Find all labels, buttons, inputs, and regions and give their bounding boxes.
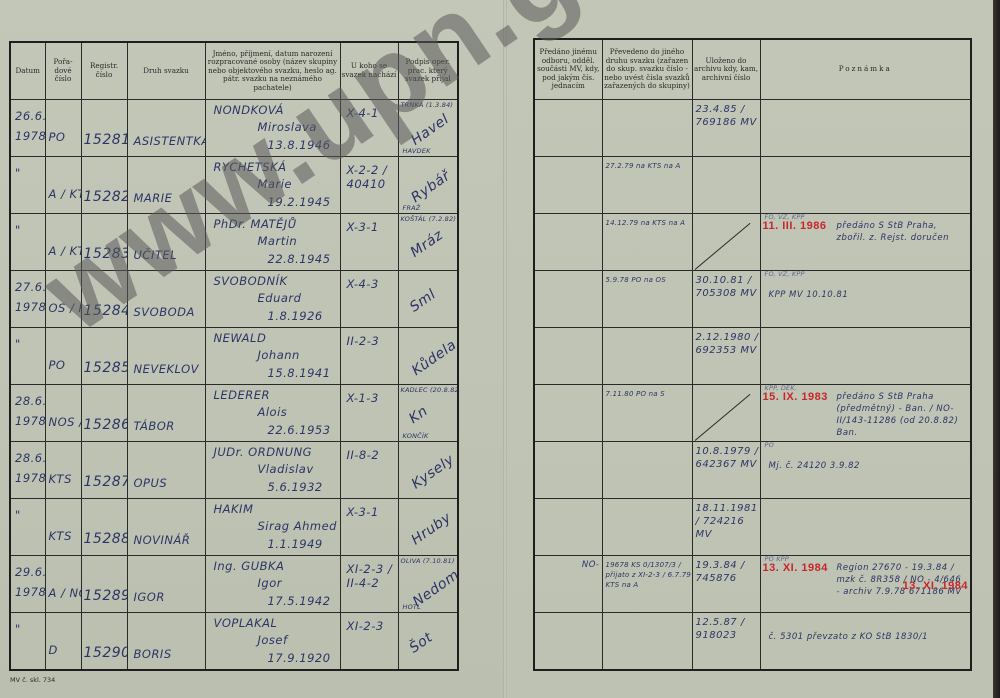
table-row: " A / KTS 15283 UČITEL PhDr. MATĚJŮ Mart… <box>10 214 458 271</box>
prijmeni-value: LEDERER <box>214 388 271 402</box>
header-predano: Předáno jinému odboru, odděl. součásti M… <box>534 39 602 100</box>
table-row: 12.5.87 / 918023 č. 5301 převzato z KO S… <box>534 613 971 671</box>
prijmeni-value: RYCHETSKÁ <box>214 160 287 174</box>
cell-ulozeno <box>692 385 760 442</box>
cell-u-koho: II-8-2 <box>340 442 398 499</box>
cell-u-koho: X-1-3 <box>340 385 398 442</box>
table-row: 27.2.79 na KTS na A <box>534 157 971 214</box>
cell-druh: MARIE <box>127 157 205 214</box>
u-koho-value: X-2-2 / 40410 <box>347 163 397 191</box>
datum-value: 26.6. 1978 <box>15 106 45 146</box>
jmeno-value: Marie <box>258 177 292 191</box>
cell-ulozeno: 23.4.85 / 769186 MV <box>692 100 760 157</box>
cell-predano <box>534 613 602 671</box>
signature: Kn <box>406 403 431 427</box>
cell-u-koho: X-4-3 <box>340 271 398 328</box>
cell-poznamka: PO KPP 13. XI. 1984 Region 27670 - 19.3.… <box>760 556 971 613</box>
datum-value: 27.6. 1978 <box>15 277 45 317</box>
u-koho-value: XI-2-3 <box>347 619 397 633</box>
cell-druh: SVOBODA <box>127 271 205 328</box>
cell-predano <box>534 328 602 385</box>
poznamka-value: Mj. č. 24120 3.9.82 <box>769 460 969 472</box>
poznamka-small-note: PO <box>765 442 774 450</box>
druh-value: TÁBOR <box>134 419 175 433</box>
u-koho-value: X-1-3 <box>347 391 397 405</box>
cell-druh: UČITEL <box>127 214 205 271</box>
cell-registr: 15289 <box>81 556 127 613</box>
prevedeno-value: 19678 KS 0/1307/3 / přijato z XI-2-3 / 6… <box>606 560 692 590</box>
cell-ulozeno <box>692 214 760 271</box>
druh-value: OPUS <box>134 476 168 490</box>
cell-jmeno: JUDr. ORDNUNG Vladislav 5.6.1932 <box>205 442 340 499</box>
druh-value: MARIE <box>134 191 173 205</box>
prijmeni-value: PhDr. MATĚJŮ <box>214 217 297 231</box>
cell-datum: " <box>10 214 45 271</box>
prijmeni-value: VOPLAKAL <box>214 616 278 630</box>
signature: Rybář <box>408 168 453 206</box>
datum-value: " <box>15 163 45 183</box>
druh-value: IGOR <box>134 590 165 604</box>
cell-registr: 15283 <box>81 214 127 271</box>
table-row: 23.4.85 / 769186 MV <box>534 100 971 157</box>
table-row: 28.6. 1978 NOS / PO 15286 TÁBOR LEDERER … <box>10 385 458 442</box>
header-u-koho: U koho se svazek nachází <box>340 42 398 100</box>
cell-predano <box>534 214 602 271</box>
header-row: Předáno jinému odboru, odděl. součásti M… <box>534 39 971 100</box>
ulozeno-value: 2.12.1980 / 692353 MV <box>696 331 760 357</box>
cell-registr: 15281 <box>81 100 127 157</box>
cell-predano <box>534 157 602 214</box>
cell-poznamka <box>760 328 971 385</box>
cell-registr: 15284 <box>81 271 127 328</box>
table-row: NO- 19678 KS 0/1307/3 / přijato z XI-2-3… <box>534 556 971 613</box>
cell-jmeno: HAKIM Sirag Ahmed 1.1.1949 <box>205 499 340 556</box>
cell-registr: 15287 <box>81 442 127 499</box>
poradove-value: KTS <box>49 472 72 486</box>
registr-value: 15282 <box>84 189 128 205</box>
registr-value: 15283 <box>84 246 128 262</box>
registr-value: 15288 <box>84 531 128 547</box>
cell-poradove: A / KTS <box>45 214 81 271</box>
table-row: 29.6. 1978 A / NO 15289 IGOR Ing. GUBKA … <box>10 556 458 613</box>
cell-druh: BORIS <box>127 613 205 671</box>
u-koho-value: II-8-2 <box>347 448 397 462</box>
registr-value: 15289 <box>84 588 128 604</box>
cell-druh: IGOR <box>127 556 205 613</box>
datum-value: " <box>15 619 45 639</box>
cell-prevedeno <box>602 328 692 385</box>
cell-predano <box>534 271 602 328</box>
header-poradove-cislo: Pořa-dové číslo <box>45 42 81 100</box>
cell-datum: " <box>10 499 45 556</box>
table-row: 10.8.1979 / 642367 MV PO Mj. č. 24120 3.… <box>534 442 971 499</box>
header-registr-cislo: Registr. číslo <box>81 42 127 100</box>
cell-datum: 29.6. 1978 <box>10 556 45 613</box>
cell-datum: " <box>10 613 45 671</box>
cell-jmeno: Ing. GUBKA Igor 17.5.1942 <box>205 556 340 613</box>
signature: Kysely <box>408 452 457 493</box>
poznamka-value: KPP MV 10.10.81 <box>769 289 969 301</box>
poradove-value: D <box>49 643 58 657</box>
druh-value: ASISTENTKA <box>134 134 206 148</box>
narozeni-value: 17.5.1942 <box>268 594 331 608</box>
cell-druh: OPUS <box>127 442 205 499</box>
cell-poradove: D <box>45 613 81 671</box>
jmeno-value: Vladislav <box>258 462 314 476</box>
jmeno-value: Sirag Ahmed <box>258 519 337 533</box>
cell-poradove: A / KTS <box>45 157 81 214</box>
podpis-note-bottom: FRAŽ <box>403 204 421 212</box>
prijmeni-value: JUDr. ORDNUNG <box>214 445 313 459</box>
cell-podpis: Sml <box>398 271 458 328</box>
narozeni-value: 22.6.1953 <box>268 423 331 437</box>
table-row: 14.12.79 na KTS na A FO, VZ, KPP 11. III… <box>534 214 971 271</box>
jmeno-value: Josef <box>258 633 288 647</box>
cell-podpis: TRNKA (1.3.84) Havel HAVDEK <box>398 100 458 157</box>
u-koho-value: II-2-3 <box>347 334 397 348</box>
druh-value: UČITEL <box>134 248 178 262</box>
cell-poznamka: KPP, DEK. 15. IX. 1983 předáno S StB Pra… <box>760 385 971 442</box>
druh-value: SVOBODA <box>134 305 195 319</box>
registr-value: 15285 <box>84 360 128 376</box>
cell-u-koho: X-3-1 <box>340 499 398 556</box>
poznamka-small-note: FO, VZ, KPP <box>765 271 805 279</box>
datum-value: 29.6. 1978 <box>15 562 45 602</box>
prijmeni-value: SVOBODNÍK <box>214 274 288 288</box>
jmeno-value: Eduard <box>258 291 302 305</box>
predano-value: NO- <box>582 560 600 570</box>
cell-poznamka: FO, VZ, KPP KPP MV 10.10.81 <box>760 271 971 328</box>
cell-prevedeno <box>602 442 692 499</box>
cell-prevedeno: 27.2.79 na KTS na A <box>602 157 692 214</box>
prijmeni-value: Ing. GUBKA <box>214 559 285 573</box>
poradove-value: A / KTS <box>49 244 82 258</box>
datum-value: 28.6. 1978 <box>15 391 45 431</box>
table-row: 7.11.80 PO na S KPP, DEK. 15. IX. 1983 p… <box>534 385 971 442</box>
cell-prevedeno: 19678 KS 0/1307/3 / přijato z XI-2-3 / 6… <box>602 556 692 613</box>
header-poznamka: Poznámka <box>760 39 971 100</box>
jmeno-value: Johann <box>258 348 300 362</box>
signature: Hruby <box>408 510 454 549</box>
cell-druh: ASISTENTKA <box>127 100 205 157</box>
prijmeni-value: HAKIM <box>214 502 254 516</box>
datum-value: 28.6. 1978 <box>15 448 45 488</box>
cell-prevedeno <box>602 499 692 556</box>
podpis-note-top: OLIVA (7.10.81) <box>401 557 455 565</box>
cell-poradove: PO <box>45 328 81 385</box>
cell-poradove: KTS <box>45 442 81 499</box>
cell-prevedeno <box>602 613 692 671</box>
cell-prevedeno <box>602 100 692 157</box>
cell-podpis: Rybář FRAŽ <box>398 157 458 214</box>
u-koho-value: X-4-3 <box>347 277 397 291</box>
table-row: 26.6. 1978 PO 15281 ASISTENTKA NONDKOVÁ … <box>10 100 458 157</box>
cell-poznamka <box>760 100 971 157</box>
jmeno-value: Miroslava <box>258 120 317 134</box>
cell-poznamka <box>760 499 971 556</box>
table-row: " KTS 15288 NOVINÁŘ HAKIM Sirag Ahmed 1.… <box>10 499 458 556</box>
u-koho-value: X-3-1 <box>347 220 397 234</box>
poznamka-value: předáno S StB Praha (předmětný) - Ban. /… <box>837 391 967 439</box>
cell-poznamka <box>760 157 971 214</box>
poznamka-value: předáno S StB Praha, zbořil. z. Rejst. d… <box>837 220 967 244</box>
cell-jmeno: PhDr. MATĚJŮ Martin 22.8.1945 <box>205 214 340 271</box>
cell-u-koho: X-4-1 <box>340 100 398 157</box>
header-druh-svazku: Druh svazku <box>127 42 205 100</box>
cell-ulozeno: 30.10.81 / 705308 MV <box>692 271 760 328</box>
u-koho-value: X-3-1 <box>347 505 397 519</box>
table-row: " A / KTS 15282 MARIE RYCHETSKÁ Marie 19… <box>10 157 458 214</box>
poradove-value: PO <box>49 130 66 144</box>
poznamka-value: č. 5301 převzato z KO StB 1830/1 <box>769 631 969 643</box>
cell-poznamka: FO, VZ, KPP 11. III. 1986 předáno S StB … <box>760 214 971 271</box>
datum-value: " <box>15 334 45 354</box>
narozeni-value: 1.1.1949 <box>268 537 323 551</box>
cell-podpis: Šot <box>398 613 458 671</box>
form-code: MV č. skl. 734 <box>10 676 55 684</box>
cell-jmeno: SVOBODNÍK Eduard 1.8.1926 <box>205 271 340 328</box>
cell-ulozeno <box>692 157 760 214</box>
prevedeno-value: 27.2.79 na KTS na A <box>606 161 692 171</box>
registr-value: 15287 <box>84 474 128 490</box>
table-row: " PO 15285 NEVEKLOV NEWALD Johann 15.8.1… <box>10 328 458 385</box>
cell-u-koho: II-2-3 <box>340 328 398 385</box>
jmeno-value: Martin <box>258 234 298 248</box>
strike-diagonal <box>694 394 750 441</box>
cell-jmeno: RYCHETSKÁ Marie 19.2.1945 <box>205 157 340 214</box>
cell-registr: 15285 <box>81 328 127 385</box>
poradove-value: NOS / PO <box>49 415 82 429</box>
ulozeno-value: 23.4.85 / 769186 MV <box>696 103 760 129</box>
signature: Šot <box>406 629 435 656</box>
datum-value: " <box>15 220 45 240</box>
signature: Sml <box>406 286 438 315</box>
signature: Mráz <box>407 227 445 261</box>
cell-poradove: PO <box>45 100 81 157</box>
table-row: 2.12.1980 / 692353 MV <box>534 328 971 385</box>
cell-u-koho: X-3-1 <box>340 214 398 271</box>
podpis-note-top: TRNKA (1.3.84) <box>401 101 454 109</box>
date-stamp: 11. III. 1986 <box>763 220 827 232</box>
cell-poradove: A / NO <box>45 556 81 613</box>
jmeno-value: Alois <box>258 405 288 419</box>
u-koho-value: X-4-1 <box>347 106 397 120</box>
registr-value: 15281 <box>84 132 128 148</box>
cell-predano <box>534 385 602 442</box>
cell-jmeno: LEDERER Alois 22.6.1953 <box>205 385 340 442</box>
cell-registr: 15282 <box>81 157 127 214</box>
cell-ulozeno: 2.12.1980 / 692353 MV <box>692 328 760 385</box>
prevedeno-value: 7.11.80 PO na S <box>606 389 692 399</box>
podpis-note-bottom: KONČÍK <box>403 432 429 440</box>
date-stamp: 13. XI. 1984 <box>763 562 828 574</box>
cell-poradove: KTS <box>45 499 81 556</box>
cell-datum: 28.6. 1978 <box>10 385 45 442</box>
druh-value: NOVINÁŘ <box>134 533 191 547</box>
cell-jmeno: VOPLAKAL Josef 17.9.1920 <box>205 613 340 671</box>
cell-registr: 15288 <box>81 499 127 556</box>
registr-value: 15286 <box>84 417 128 433</box>
table-row: 28.6. 1978 KTS 15287 OPUS JUDr. ORDNUNG … <box>10 442 458 499</box>
signature: Kůdela <box>408 337 458 379</box>
cell-prevedeno: 7.11.80 PO na S <box>602 385 692 442</box>
cell-datum: " <box>10 328 45 385</box>
header-datum: Datum <box>10 42 45 100</box>
cell-registr: 15286 <box>81 385 127 442</box>
cell-predano <box>534 442 602 499</box>
header-ulozeno: Uloženo do archivu kdy, kam, archivní čí… <box>692 39 760 100</box>
ulozeno-value: 12.5.87 / 918023 <box>696 616 760 642</box>
table-row: 5.9.78 PO na OS 30.10.81 / 705308 MV FO,… <box>534 271 971 328</box>
narozeni-value: 17.9.1920 <box>268 651 331 665</box>
cell-jmeno: NEWALD Johann 15.8.1941 <box>205 328 340 385</box>
cell-podpis: KOŠTÁL (7.2.82) Mráz <box>398 214 458 271</box>
prevedeno-value: 14.12.79 na KTS na A <box>606 218 692 228</box>
cell-podpis: Kysely <box>398 442 458 499</box>
cell-predano: NO- <box>534 556 602 613</box>
druh-value: BORIS <box>134 647 172 661</box>
podpis-note-bottom: HOTL <box>403 603 421 611</box>
registr-value: 15284 <box>84 303 128 319</box>
register-table-right: Předáno jinému odboru, odděl. součásti M… <box>533 38 972 671</box>
cell-datum: 27.6. 1978 <box>10 271 45 328</box>
narozeni-value: 22.8.1945 <box>268 252 331 266</box>
cell-ulozeno: 18.11.1981 / 724216 MV <box>692 499 760 556</box>
date-stamp-secondary: 13. XI. 1984 <box>903 580 968 592</box>
cell-registr: 15290 <box>81 613 127 671</box>
book-edge <box>993 0 1000 698</box>
jmeno-value: Igor <box>258 576 282 590</box>
datum-value: " <box>15 505 45 525</box>
prijmeni-value: NEWALD <box>214 331 267 345</box>
cell-u-koho: XI-2-3 / II-4-2 <box>340 556 398 613</box>
ulozeno-value: 30.10.81 / 705308 MV <box>696 274 760 300</box>
cell-datum: 28.6. 1978 <box>10 442 45 499</box>
cell-predano <box>534 499 602 556</box>
prevedeno-value: 5.9.78 PO na OS <box>606 275 692 285</box>
cell-druh: NOVINÁŘ <box>127 499 205 556</box>
cell-predano <box>534 100 602 157</box>
cell-poradove: OS / PO <box>45 271 81 328</box>
ulozeno-value: 19.3.84 / 745876 <box>696 559 760 585</box>
ulozeno-value: 18.11.1981 / 724216 MV <box>696 502 760 541</box>
header-jmeno: Jméno, příjmení, datum narození rozpraco… <box>205 42 340 100</box>
u-koho-value: XI-2-3 / II-4-2 <box>347 562 397 590</box>
narozeni-value: 15.8.1941 <box>268 366 331 380</box>
cell-prevedeno: 14.12.79 na KTS na A <box>602 214 692 271</box>
podpis-note-top: KADLEC (20.8.82) <box>401 386 459 394</box>
druh-value: NEVEKLOV <box>134 362 200 376</box>
header-prevedeno: Převedeno do jiného druhu svazku (zařaze… <box>602 39 692 100</box>
poradove-value: PO <box>49 358 66 372</box>
book-gutter <box>503 0 507 698</box>
cell-datum: " <box>10 157 45 214</box>
table-row: 18.11.1981 / 724216 MV <box>534 499 971 556</box>
cell-podpis: Hruby <box>398 499 458 556</box>
cell-u-koho: X-2-2 / 40410 <box>340 157 398 214</box>
register-table-left: Datum Pořa-dové číslo Registr. číslo Dru… <box>9 41 459 671</box>
podpis-note-top: KOŠTÁL (7.2.82) <box>401 215 457 223</box>
signature: Havel <box>408 111 452 148</box>
podpis-note-bottom: HAVDEK <box>403 147 431 155</box>
header-podpis: Podpis oper. prac. který svazek přijal <box>398 42 458 100</box>
cell-prevedeno: 5.9.78 PO na OS <box>602 271 692 328</box>
cell-podpis: Kůdela <box>398 328 458 385</box>
table-row: 27.6. 1978 OS / PO 15284 SVOBODA SVOBODN… <box>10 271 458 328</box>
poradove-value: OS / PO <box>49 301 82 315</box>
registr-value: 15290 <box>84 645 128 661</box>
poradove-value: KTS <box>49 529 72 543</box>
poradove-value: A / KTS <box>49 187 82 201</box>
prijmeni-value: NONDKOVÁ <box>214 103 284 117</box>
narozeni-value: 1.8.1926 <box>268 309 323 323</box>
cell-druh: NEVEKLOV <box>127 328 205 385</box>
cell-u-koho: XI-2-3 <box>340 613 398 671</box>
cell-ulozeno: 10.8.1979 / 642367 MV <box>692 442 760 499</box>
cell-jmeno: NONDKOVÁ Miroslava 13.8.1946 <box>205 100 340 157</box>
cell-poznamka: PO Mj. č. 24120 3.9.82 <box>760 442 971 499</box>
cell-poznamka: č. 5301 převzato z KO StB 1830/1 <box>760 613 971 671</box>
cell-ulozeno: 12.5.87 / 918023 <box>692 613 760 671</box>
narozeni-value: 5.6.1932 <box>268 480 323 494</box>
ulozeno-value: 10.8.1979 / 642367 MV <box>696 445 760 471</box>
poradove-value: A / NO <box>49 586 82 600</box>
cell-poradove: NOS / PO <box>45 385 81 442</box>
cell-ulozeno: 19.3.84 / 745876 <box>692 556 760 613</box>
cell-druh: TÁBOR <box>127 385 205 442</box>
date-stamp: 15. IX. 1983 <box>763 391 828 403</box>
cell-datum: 26.6. 1978 <box>10 100 45 157</box>
narozeni-value: 19.2.1945 <box>268 195 331 209</box>
cell-podpis: KADLEC (20.8.82) Kn KONČÍK <box>398 385 458 442</box>
header-row: Datum Pořa-dové číslo Registr. číslo Dru… <box>10 42 458 100</box>
narozeni-value: 13.8.1946 <box>268 138 331 152</box>
strike-diagonal <box>694 223 750 270</box>
cell-podpis: OLIVA (7.10.81) Nedoma HOTL <box>398 556 458 613</box>
table-row: " D 15290 BORIS VOPLAKAL Josef 17.9.1920… <box>10 613 458 671</box>
